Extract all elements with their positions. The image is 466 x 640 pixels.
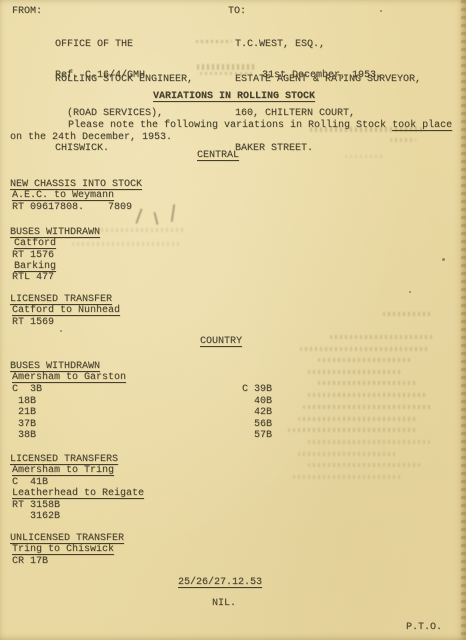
garage-name: Barking	[14, 261, 56, 273]
letter-date: 31st December, 1953.	[262, 70, 382, 82]
bleed-through-mark	[383, 312, 431, 316]
fleet-entry: 21B	[12, 407, 36, 419]
footer-dates: 25/26/27.12.53	[178, 577, 262, 589]
bleed-through-mark	[308, 440, 430, 444]
transfer-route: Amersham to Garston	[12, 372, 126, 384]
fleet-entry: RT 1569	[12, 317, 54, 329]
ink-smudge	[200, 72, 252, 75]
fleet-entry: 42B	[242, 407, 272, 419]
fleet-entry: 18B	[12, 396, 36, 408]
fleet-entry: C 41B	[12, 477, 48, 489]
garage-name: Catford	[14, 238, 56, 250]
transfer-route: Tring to Chiswick	[12, 544, 114, 556]
new-chassis-builder: A.E.C. to Weymann	[12, 190, 114, 202]
bleed-through-mark	[308, 463, 420, 467]
fleet-entry: 56B	[242, 419, 272, 431]
bleed-through-mark	[298, 452, 398, 456]
bleed-through-mark	[288, 428, 416, 432]
memo-document: FROM: OFFICE OF THE ROLLING STOCK ENGINE…	[0, 0, 466, 640]
to-address-line: BAKER STREET.	[235, 143, 421, 155]
paper-speck	[380, 10, 382, 12]
group-heading-new-chassis: NEW CHASSIS INTO STOCK	[10, 179, 142, 191]
from-address-line: CHISWICK.	[55, 143, 193, 155]
fleet-entry: 40B	[242, 396, 272, 408]
group-heading-buses-withdrawn-central: BUSES WITHDRAWN	[10, 227, 100, 239]
fleet-entry: 37B	[12, 419, 36, 431]
ink-smudge	[196, 40, 232, 43]
ink-smudge	[390, 138, 416, 142]
group-heading-unlicensed-transfer: UNLICENSED TRANSFER	[10, 533, 124, 545]
ink-smudge	[345, 155, 385, 158]
pencil-mark	[171, 204, 175, 222]
section-heading-country: COUNTRY	[200, 336, 242, 348]
fleet-entry: CR 17B	[12, 556, 48, 568]
fleet-entry: RTL 477	[12, 272, 54, 284]
group-heading-licensed-transfer: LICENSED TRANSFER	[10, 294, 112, 306]
bleed-through-mark	[303, 405, 431, 409]
bleed-through-mark	[330, 335, 435, 339]
bleed-through-mark	[300, 347, 430, 351]
fleet-entry: RT 3158B	[12, 500, 60, 512]
bleed-through-mark	[318, 358, 413, 362]
pencil-mark	[135, 208, 142, 224]
group-heading-buses-withdrawn-country: BUSES WITHDRAWN	[10, 361, 100, 373]
ink-smudge	[310, 127, 422, 132]
paper-speck	[442, 258, 445, 261]
paper-speck	[60, 330, 62, 332]
section-heading-central: CENTRAL	[197, 150, 239, 162]
bleed-through-mark	[318, 381, 418, 385]
ink-smudge	[96, 228, 186, 232]
to-address-line: 160, CHILTERN COURT,	[235, 108, 421, 120]
from-address-line: (ROAD SERVICES),	[55, 108, 193, 120]
fleet-entry: 57B	[242, 430, 272, 442]
document-title: VARIATIONS IN ROLLING STOCK	[153, 91, 315, 103]
from-address-line: OFFICE OF THE	[55, 39, 193, 51]
to-address-line: T.C.WEST, ESQ.,	[235, 39, 421, 51]
bleed-through-mark	[293, 475, 401, 479]
paper-speck	[409, 291, 411, 293]
transfer-route: Amersham to Tring	[12, 465, 114, 477]
pencil-mark	[153, 212, 158, 225]
fleet-entry: RT 1576	[12, 250, 54, 262]
bleed-through-mark	[298, 417, 418, 421]
footer-result: NIL.	[212, 598, 236, 610]
bleed-through-mark	[308, 393, 426, 397]
bleed-through-mark	[308, 370, 403, 374]
ink-smudge	[197, 64, 255, 70]
intro-line-2: on the 24th December, 1953.	[10, 132, 172, 144]
transfer-route: Leatherhead to Reigate	[12, 488, 144, 500]
fleet-entry: 38B	[12, 430, 36, 442]
pto-note: P.T.O.	[406, 622, 442, 634]
page-edge	[461, 0, 466, 640]
fleet-entry: C 3B	[12, 384, 42, 396]
ink-smudge	[72, 242, 182, 246]
group-heading-licensed-transfers: LICENSED TRANSFERS	[10, 454, 118, 466]
fleet-entry: C 39B	[242, 384, 272, 396]
transfer-route: Catford to Nunhead	[12, 305, 120, 317]
ref-number: Ref. C.16/4/GMH	[55, 70, 145, 82]
fleet-entry: 3162B	[12, 511, 60, 523]
from-label: FROM:	[12, 6, 42, 18]
new-chassis-entry: RT 09617808. 7809	[12, 202, 132, 214]
